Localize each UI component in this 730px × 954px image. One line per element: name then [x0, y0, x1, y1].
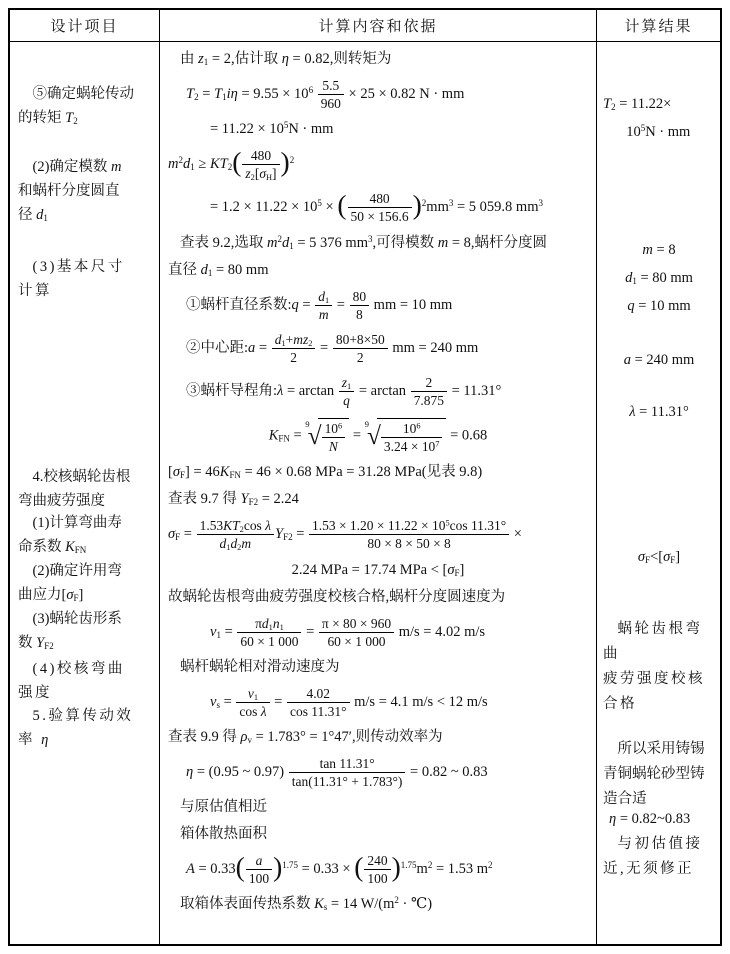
result-item: η = 0.82~0.83 [603, 807, 715, 831]
result-item: 所以采用铸锡青铜蜗轮砂型铸造合适 [603, 737, 715, 812]
calc-line: v1 = πd1n160 × 1 000 = π × 80 × 96060 × … [168, 611, 588, 654]
design-items-column: ⑤确定蜗轮传动的转矩 T2(2)确定模数 m和蜗杆分度圆直径 d1(3)基本尺寸… [10, 42, 160, 945]
result-item: T2 = 11.22×105N · mm [603, 90, 715, 146]
calc-line: m2d1 ≥ KT2(480z2[σH])2 [168, 143, 588, 186]
result-item: d1 = 80 mm [603, 266, 715, 290]
design-item: (3)蜗轮齿形系数 YF2 [18, 607, 154, 655]
design-calculation-table: 设计项目 计算内容和依据 计算结果 ⑤确定蜗轮传动的转矩 T2(2)确定模数 m… [8, 8, 722, 946]
calc-line: 查表 9.2,选取 m2d1 = 5 376 mm3,可得模数 m = 8,蜗杆… [168, 230, 588, 257]
calc-line: A = 0.33(a100)1.75 = 0.33 × (240100)1.75… [168, 848, 588, 891]
column-header-calc-content: 计算内容和依据 [160, 10, 597, 41]
calc-line: σF = 1.53KT2cos λd1d2mYF2 = 1.53 × 1.20 … [168, 513, 588, 556]
design-item: (4)校核弯曲强度 [18, 657, 154, 705]
calc-line: 蜗杆蜗轮相对滑动速度为 [168, 654, 588, 681]
result-item: 与初估值接近,无须修正 [603, 832, 715, 882]
calc-line: η = (0.95 ~ 0.97) tan 11.31°tan(11.31° +… [168, 751, 588, 794]
result-item: λ = 11.31° [603, 400, 715, 424]
calc-line: 2.24 MPa = 17.74 MPa < [σF] [168, 557, 588, 584]
calc-line: 查表 9.7 得 YF2 = 2.24 [168, 486, 588, 513]
result-item: m = 8 [603, 238, 715, 262]
calc-line: ②中心距:a = d1+mz22 = 80+8×502 mm = 240 mm [168, 327, 588, 370]
result-item: q = 10 mm [603, 294, 715, 318]
result-item: σF<[σF] [603, 545, 715, 569]
design-item: (3)基本尺寸计算 [18, 255, 154, 303]
calc-line: T2 = T1iη = 9.55 × 106 5.5960 × 25 × 0.8… [168, 73, 588, 116]
calc-content-column: 由 z1 = 2,估计取 η = 0.82,则转矩为T2 = T1iη = 9.… [160, 42, 597, 945]
design-item: 4.校核蜗轮齿根弯曲疲劳强度 [18, 465, 154, 513]
calc-line: 取箱体表面传热系数 Ks = 14 W/(m2 · ℃) [168, 891, 588, 918]
table-header-row: 设计项目 计算内容和依据 计算结果 [10, 10, 720, 42]
calc-line: 故蜗轮齿根弯曲疲劳强度校核合格,蜗杆分度圆速度为 [168, 584, 588, 611]
design-item: (2)确定模数 m和蜗杆分度圆直径 d1 [18, 155, 154, 227]
calc-line: 箱体散热面积 [168, 821, 588, 848]
column-header-design-item: 设计项目 [10, 10, 160, 41]
design-item: 5.验算传动效率 η [18, 704, 154, 752]
calc-line: [σF] = 46KFN = 46 × 0.68 MPa = 31.28 MPa… [168, 459, 588, 486]
calc-line: 查表 9.9 得 ρv = 1.783° = 1°47′,则传动效率为 [168, 724, 588, 751]
design-item: (1)计算弯曲寿命系数 KFN [18, 511, 154, 559]
calc-results-column: T2 = 11.22×105N · mmm = 8d1 = 80 mmq = 1… [597, 42, 720, 945]
page: 设计项目 计算内容和依据 计算结果 ⑤确定蜗轮传动的转矩 T2(2)确定模数 m… [0, 0, 730, 954]
calc-line: ①蜗杆直径系数:q = d1m = 808 mm = 10 mm [168, 284, 588, 327]
calc-line: = 1.2 × 11.22 × 105 × (48050 × 156.6)2mm… [168, 186, 588, 229]
result-item: a = 240 mm [603, 348, 715, 372]
design-item: (2)确定许用弯曲应力[σF] [18, 559, 154, 607]
calc-line: ③蜗杆导程角:λ = arctan z1q = arctan 27.875 = … [168, 370, 588, 413]
calc-line: = 11.22 × 105N · mm [168, 116, 588, 143]
calc-line: vs = v1cos λ = 4.02cos 11.31° m/s = 4.1 … [168, 681, 588, 724]
design-item: ⑤确定蜗轮传动的转矩 T2 [18, 82, 154, 130]
calc-line: 与原估值相近 [168, 794, 588, 821]
calc-line: 直径 d1 = 80 mm [168, 257, 588, 284]
table-body: ⑤确定蜗轮传动的转矩 T2(2)确定模数 m和蜗杆分度圆直径 d1(3)基本尺寸… [10, 42, 720, 945]
calc-line: KFN = 9√106N = 9√1063.24 × 107 = 0.68 [168, 413, 588, 459]
result-item: 蜗轮齿根弯曲疲劳强度校核合格 [603, 617, 715, 717]
column-header-calc-result: 计算结果 [597, 10, 720, 41]
calc-line: 由 z1 = 2,估计取 η = 0.82,则转矩为 [168, 46, 588, 73]
